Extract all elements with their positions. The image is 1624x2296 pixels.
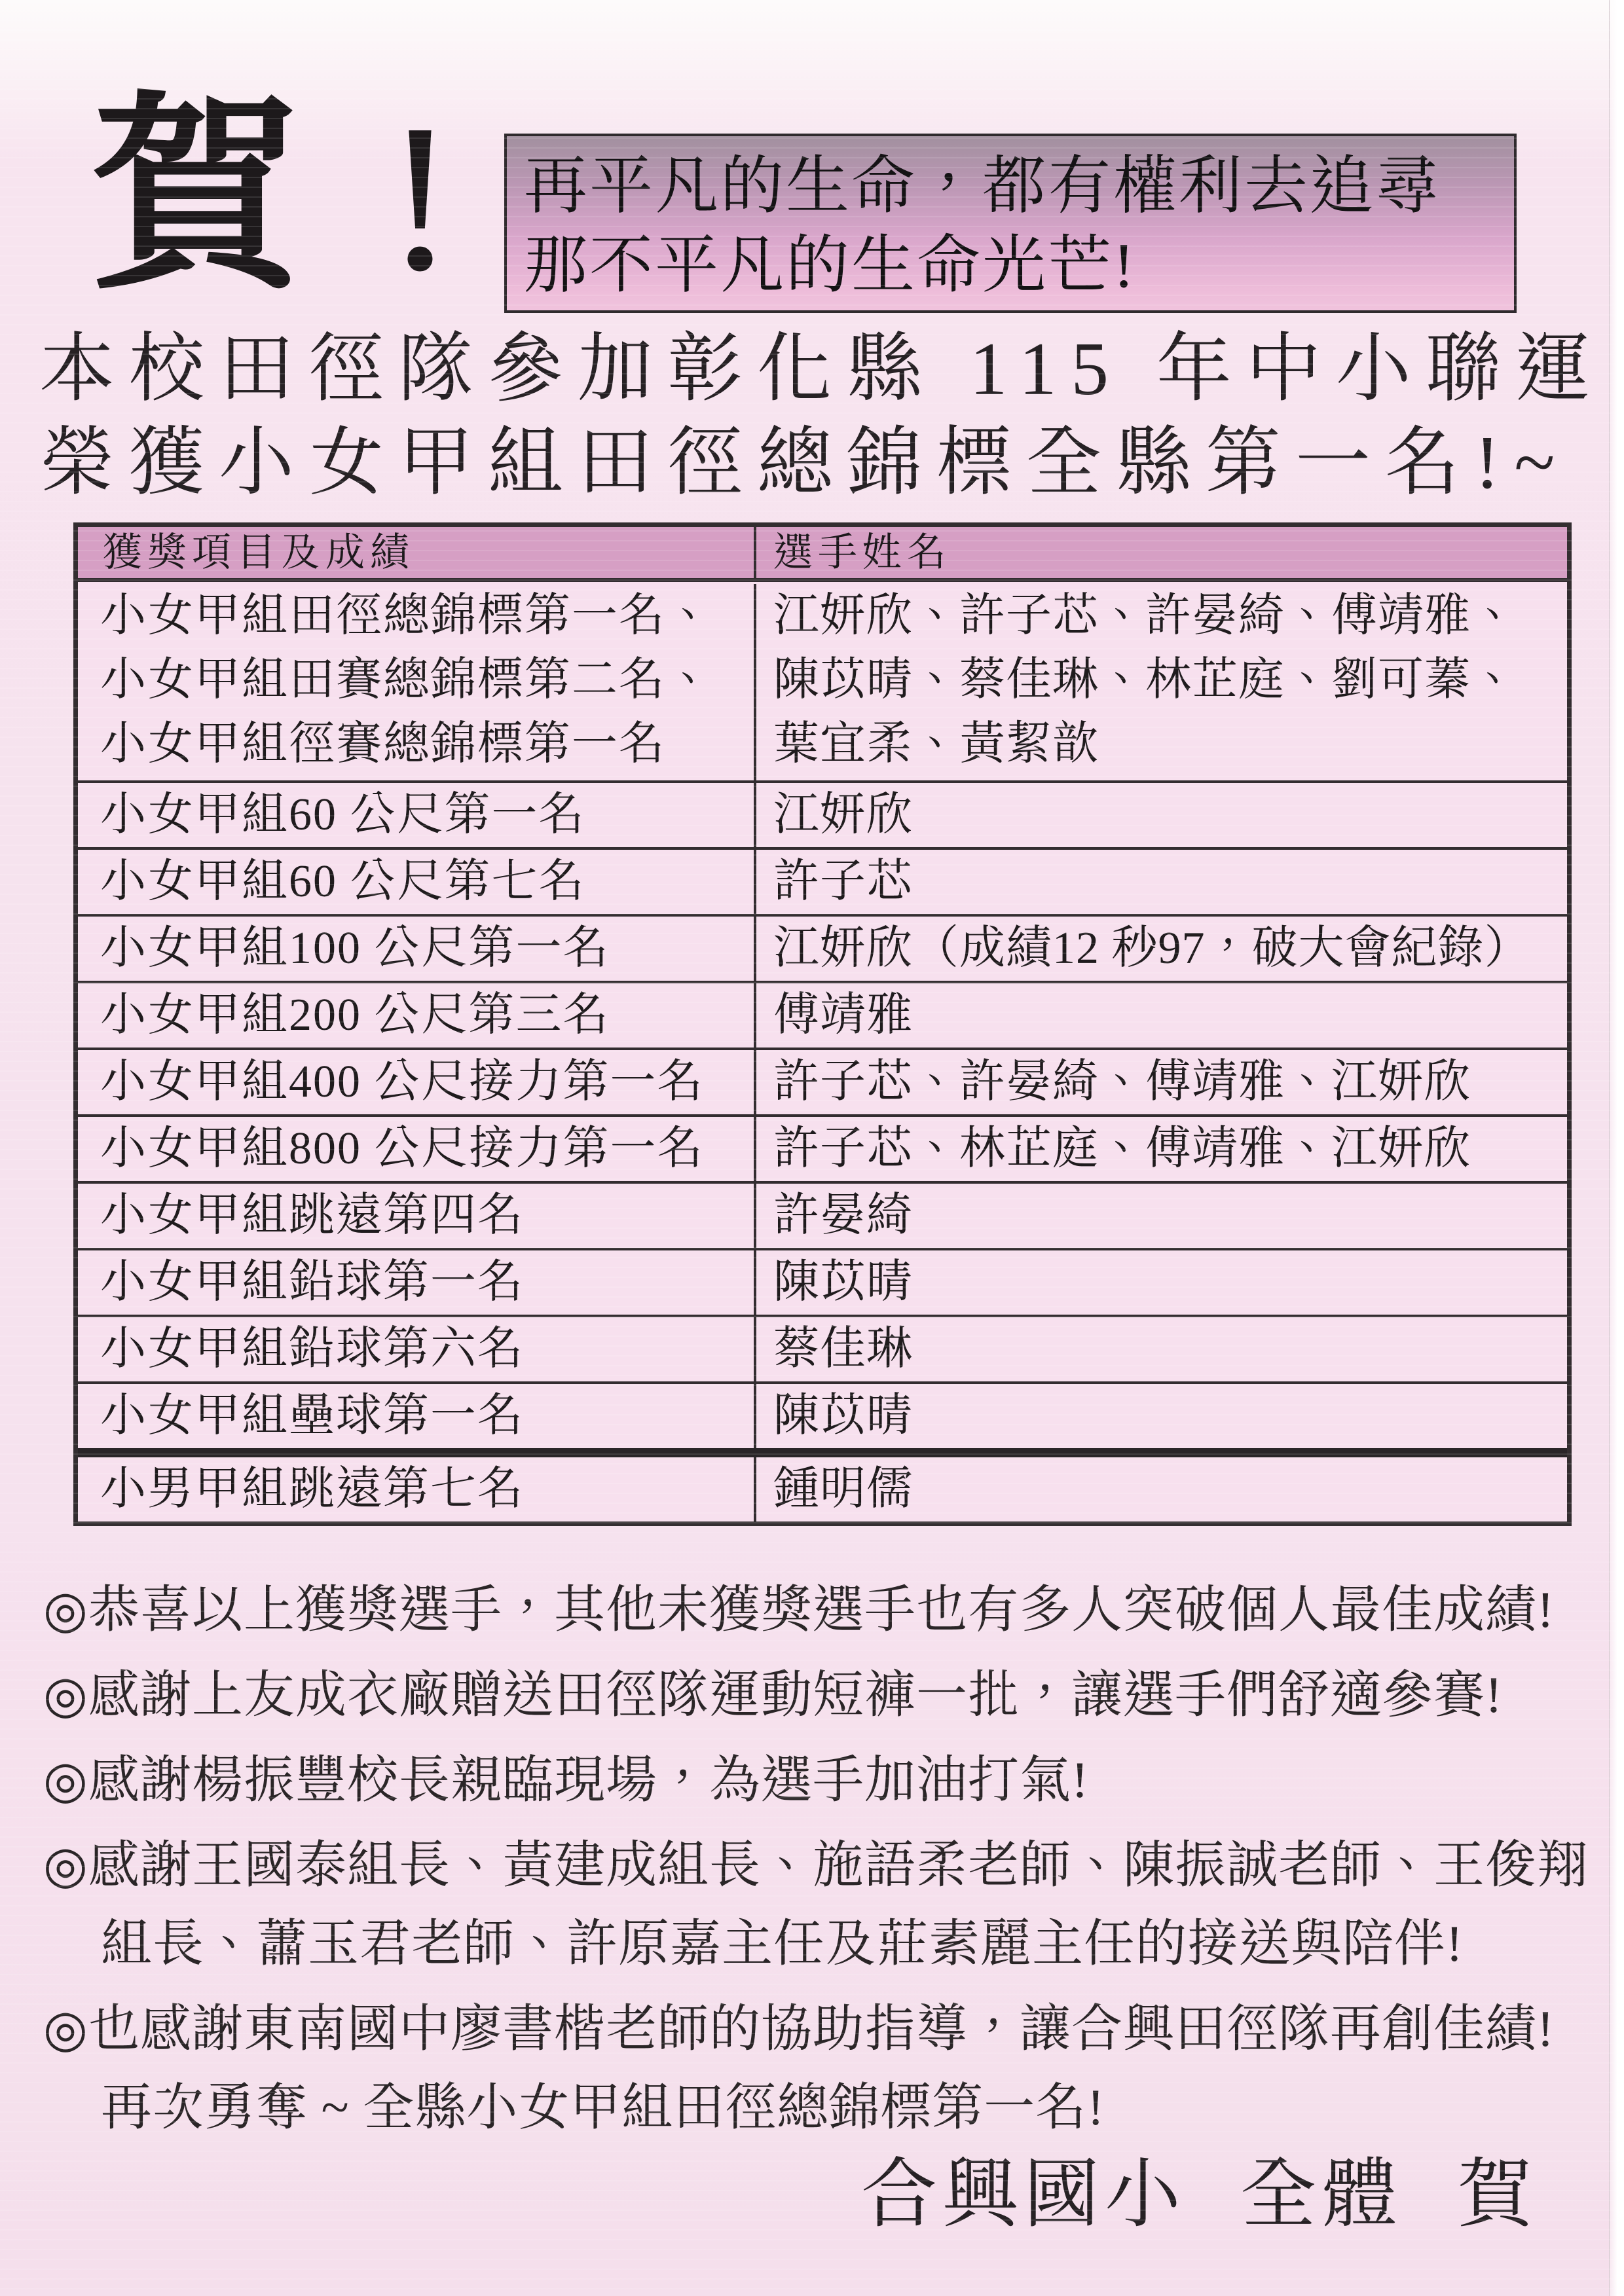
athletes-cell: 許晏綺	[756, 1184, 1567, 1248]
event-cell: 小女甲組鉛球第六名	[78, 1317, 756, 1381]
header-athletes-column: 選手姓名	[756, 527, 1567, 578]
event-cell: 小女甲組60 公尺第一名	[78, 783, 756, 847]
results-table: 獲獎項目及成績 選手姓名 小女甲組田徑總錦標第一名、 小女甲組田賽總錦標第二名、…	[73, 522, 1572, 1526]
event-cell: 小女甲組鉛球第一名	[78, 1250, 756, 1315]
scan-edge-strip	[1609, 0, 1624, 2296]
athletes-cell: 許子芯、林芷庭、傅靖雅、江妍欣	[756, 1117, 1567, 1181]
school-signature: 合興國小 全體 賀	[861, 2133, 1538, 2242]
athletes-cell: 許子芯、許晏綺、傅靖雅、江妍欣	[756, 1050, 1567, 1114]
table-header-row: 獲獎項目及成績 選手姓名	[78, 527, 1567, 582]
note-congrats-athletes: ◎恭喜以上獲獎選手，其他未獲獎選手也有多人突破個人最佳成績!	[43, 1579, 1596, 1641]
event-cell: 小女甲組田徑總錦標第一名、 小女甲組田賽總錦標第二名、 小女甲組徑賽總錦標第一名	[78, 584, 756, 780]
announcement-heading: 本校田徑隊參加彰化縣 115 年中小聯運 榮獲小女甲組田徑總錦標全縣第一名!~	[39, 322, 1611, 509]
table-row: 小女甲組200 公尺第三名 傅靖雅	[78, 981, 1567, 1048]
event-cell: 小男甲組跳遠第七名	[78, 1457, 756, 1522]
event-cell: 小女甲組60 公尺第七名	[78, 850, 756, 914]
note-line: ◎感謝楊振豐校長親臨現場，為選手加油打氣!	[43, 1749, 1596, 1811]
note-line: ◎恭喜以上獲獎選手，其他未獲獎選手也有多人突破個人最佳成績!	[43, 1579, 1596, 1641]
congrats-exclamation: !	[385, 81, 455, 314]
note-line-continued: 再次勇奪 ~ 全縣小女甲組田徑總錦標第一名!	[43, 2077, 1596, 2138]
athletes-cell: 陳苡晴	[756, 1250, 1567, 1315]
congrats-masthead: 賀!	[90, 84, 455, 312]
table-row: 小女甲組400 公尺接力第一名 許子芯、許晏綺、傅靖雅、江妍欣	[78, 1048, 1567, 1114]
note-line: ◎感謝上友成衣廠贈送田徑隊運動短褲一批，讓選手們舒適參賽!	[43, 1664, 1596, 1726]
table-row: 小女甲組鉛球第一名 陳苡晴	[78, 1248, 1567, 1315]
header-event-column: 獲獎項目及成績	[78, 527, 756, 578]
note-thanks-principal: ◎感謝楊振豐校長親臨現場，為選手加油打氣!	[43, 1749, 1596, 1811]
athletes-cell: 鍾明儒	[756, 1457, 1567, 1522]
athletes-cell: 江妍欣（成績12 秒97，破大會紀錄）	[756, 917, 1567, 981]
athletes-cell: 傅靖雅	[756, 983, 1567, 1048]
table-row: 小女甲組鉛球第六名 蔡佳琳	[78, 1315, 1567, 1381]
heading-line-1: 本校田徑隊參加彰化縣 115 年中小聯運	[39, 322, 1611, 416]
table-row: 小女甲組60 公尺第一名 江妍欣	[78, 780, 1567, 847]
heading-line-2: 榮獲小女甲組田徑總錦標全縣第一名!~	[39, 416, 1611, 509]
motto-banner: 再平凡的生命，都有權利去追尋 那不平凡的生命光芒!	[504, 134, 1517, 313]
event-cell: 小女甲組800 公尺接力第一名	[78, 1117, 756, 1181]
athletes-cell: 江妍欣、許子芯、許晏綺、傅靖雅、 陳苡晴、蔡佳琳、林芷庭、劉可蓁、 葉宜柔、黃絜…	[756, 584, 1567, 780]
note-line: ◎也感謝東南國中廖書楷老師的協助指導，讓合興田徑隊再創佳績!	[43, 1998, 1596, 2060]
athletes-cell: 陳苡晴	[756, 1384, 1567, 1448]
note-line: ◎感謝王國泰組長、黃建成組長、施語柔老師、陳振誠老師、王俊翔	[43, 1834, 1596, 1896]
congrats-character: 賀	[90, 81, 301, 314]
scanned-flyer-page: 賀! 再平凡的生命，都有權利去追尋 那不平凡的生命光芒! 本校田徑隊參加彰化縣 …	[0, 0, 1624, 2296]
athletes-cell: 蔡佳琳	[756, 1317, 1567, 1381]
table-row: 小女甲組800 公尺接力第一名 許子芯、林芷庭、傅靖雅、江妍欣	[78, 1114, 1567, 1181]
event-cell: 小女甲組壘球第一名	[78, 1384, 756, 1448]
athletes-cell: 江妍欣	[756, 783, 1567, 847]
table-row: 小女甲組跳遠第四名 許晏綺	[78, 1181, 1567, 1248]
event-cell: 小女甲組100 公尺第一名	[78, 917, 756, 981]
note-thanks-sponsor: ◎感謝上友成衣廠贈送田徑隊運動短褲一批，讓選手們舒適參賽!	[43, 1664, 1596, 1726]
note-thanks-staff: ◎感謝王國泰組長、黃建成組長、施語柔老師、陳振誠老師、王俊翔 組長、蕭玉君老師、…	[43, 1834, 1596, 1975]
notes-section: ◎恭喜以上獲獎選手，其他未獲獎選手也有多人突破個人最佳成績! ◎感謝上友成衣廠贈…	[43, 1579, 1596, 2162]
motto-line-2: 那不平凡的生命光芒!	[524, 226, 1509, 305]
table-row: 小女甲組壘球第一名 陳苡晴	[78, 1381, 1567, 1448]
event-cell: 小女甲組400 公尺接力第一名	[78, 1050, 756, 1114]
table-row: 小女甲組60 公尺第七名 許子芯	[78, 847, 1567, 914]
table-row-boys-division: 小男甲組跳遠第七名 鍾明儒	[78, 1448, 1567, 1522]
athletes-cell: 許子芯	[756, 850, 1567, 914]
note-thanks-coach: ◎也感謝東南國中廖書楷老師的協助指導，讓合興田徑隊再創佳績! 再次勇奪 ~ 全縣…	[43, 1998, 1596, 2138]
event-cell: 小女甲組跳遠第四名	[78, 1184, 756, 1248]
motto-line-1: 再平凡的生命，都有權利去追尋	[524, 147, 1509, 226]
note-line-continued: 組長、蕭玉君老師、許原嘉主任及莊素麗主任的接送與陪伴!	[43, 1913, 1596, 1975]
table-row: 小女甲組100 公尺第一名 江妍欣（成績12 秒97，破大會紀錄）	[78, 914, 1567, 981]
table-row: 小女甲組田徑總錦標第一名、 小女甲組田賽總錦標第二名、 小女甲組徑賽總錦標第一名…	[78, 582, 1567, 780]
event-cell: 小女甲組200 公尺第三名	[78, 983, 756, 1048]
